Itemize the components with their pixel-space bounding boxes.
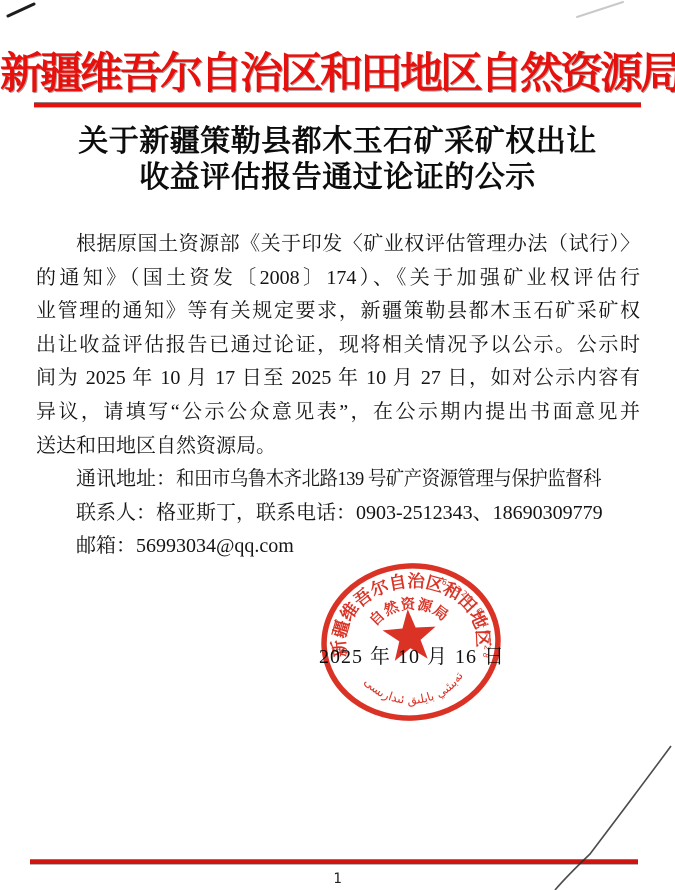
paragraph-line: 业管理的通知》等有关规定要求，新疆策勒县都木玉石矿采矿权 <box>36 295 640 329</box>
scan-fold-line <box>555 746 671 890</box>
scan-artifact-top-right <box>577 2 623 17</box>
notice-title-line2: 收益评估报告通过论证的公示 <box>0 160 675 196</box>
paragraph-line: 异议，请填写“公示公众意见表”，在公示期内提出书面意见并 <box>36 396 640 430</box>
contact-person-line: 联系人：格亚斯丁，联系电话：0903-2512343、18690309779 <box>36 497 640 531</box>
page-number: 1 <box>0 871 675 887</box>
paragraph-line: 出让收益评估报告已通过论证，现将相关情况予以公示。公示时 <box>36 329 640 363</box>
contact-email-line: 邮箱：56993034@qq.com <box>36 530 640 564</box>
seal-minority-script: تەبىئىي بايلىق ئىدارىسى <box>361 668 468 711</box>
org-header-title: 新疆维吾尔自治区和田地区自然资源局 <box>0 40 675 101</box>
notice-title-line1: 关于新疆策勒县都木玉石矿采矿权出让 <box>0 124 675 160</box>
header-divider <box>34 103 641 107</box>
scanned-notice-page: 新疆维吾尔自治区和田地区自然资源局 关于新疆策勒县都木玉石矿采矿权出让 收益评估… <box>0 0 675 890</box>
contact-address-line: 通讯地址：和田市乌鲁木齐北路139 号矿产资源管理与保护监督科 <box>36 463 640 497</box>
notice-title: 关于新疆策勒县都木玉石矿采矿权出让 收益评估报告通过论证的公示 <box>0 124 675 196</box>
paragraph-line: 间为 2025 年 10 月 17 日至 2025 年 10 月 27 日，如对… <box>36 362 640 396</box>
scan-artifact-top-left <box>8 4 34 16</box>
paragraph-line: 根据原国土资源部《关于印发〈矿业权评估管理办法（试行）〉 <box>36 228 640 262</box>
issue-date: 2025 年 10 月 16 日 <box>319 640 505 669</box>
contact-address-label: 通讯地址： <box>76 468 176 490</box>
footer-divider <box>30 860 638 864</box>
contact-address-value: 和田市乌鲁木齐北路139 号矿产资源管理与保护监督科 <box>176 463 601 497</box>
notice-body: 根据原国土资源部《关于印发〈矿业权评估管理办法（试行）〉 的通知》（国土资发〔2… <box>36 228 640 564</box>
paragraph-line: 送达和田地区自然资源局。 <box>36 430 640 464</box>
paragraph-line: 的通知》（国土资发〔2008〕174）、《关于加强矿业权评估行 <box>36 262 640 296</box>
